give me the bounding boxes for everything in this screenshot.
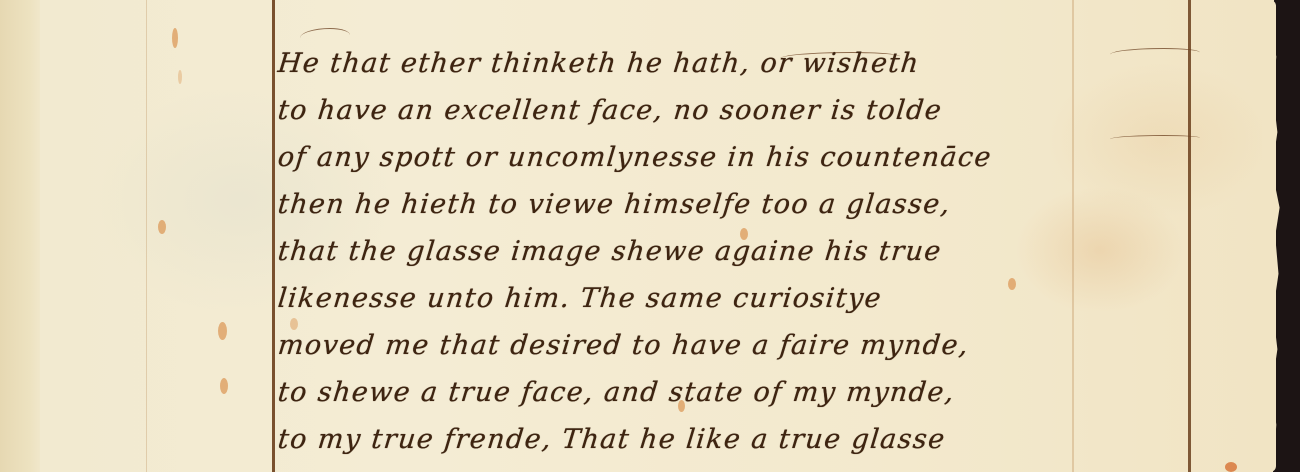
left-margin-rule bbox=[272, 0, 275, 472]
manuscript-line: to my true frende, That he like a true g… bbox=[276, 416, 1191, 463]
faint-ruling-line bbox=[146, 0, 147, 472]
foxing-spot bbox=[220, 378, 228, 394]
manuscript-text: He that ether thinketh he hath, or wishe… bbox=[278, 40, 1188, 463]
foxing-spot bbox=[1225, 462, 1237, 472]
manuscript-line: likenesse unto him. The same curiositye bbox=[276, 275, 1191, 322]
manuscript-line: moved me that desired to have a faire my… bbox=[276, 322, 1191, 369]
foxing-spot bbox=[158, 220, 166, 234]
manuscript-line: to shewe a true face, and state of my my… bbox=[276, 369, 1191, 416]
paper-ragged-edge bbox=[1262, 0, 1284, 472]
manuscript-scan: He that ether thinketh he hath, or wishe… bbox=[0, 0, 1300, 472]
manuscript-line: of any spott or uncomlynesse in his coun… bbox=[276, 134, 1191, 181]
manuscript-line: He that ether thinketh he hath, or wishe… bbox=[276, 40, 1191, 87]
binding-gutter bbox=[0, 0, 42, 472]
foxing-spot bbox=[218, 322, 227, 340]
foxing-spot bbox=[172, 28, 178, 48]
manuscript-line: that the glasse image shewe againe his t… bbox=[276, 228, 1191, 275]
manuscript-line: then he hieth to viewe himselfe too a gl… bbox=[276, 181, 1191, 228]
manuscript-line: to have an excellent face, no sooner is … bbox=[276, 87, 1191, 134]
foxing-spot bbox=[178, 70, 182, 84]
